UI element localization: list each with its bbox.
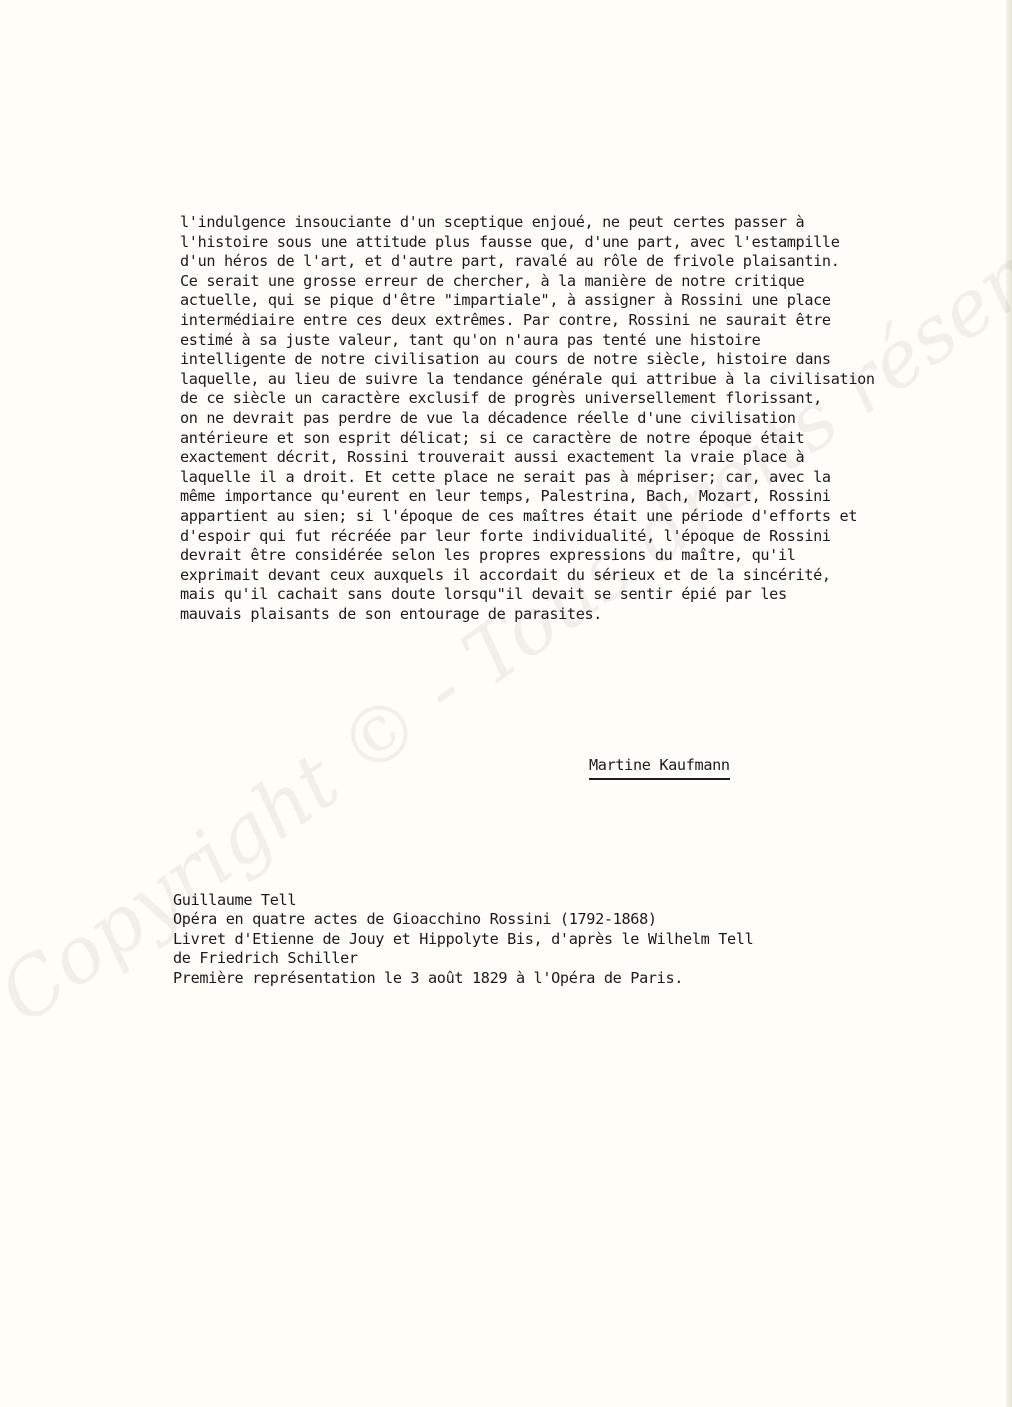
essay-body: l'indulgence insouciante d'un sceptique … xyxy=(180,213,1000,624)
body-line: estimé à sa juste valeur, tant qu'on n'a… xyxy=(180,331,1000,351)
opera-credits: Guillaume Tell Opéra en quatre actes de … xyxy=(173,891,973,988)
credits-line: de Friedrich Schiller xyxy=(173,949,973,968)
body-line: l'indulgence insouciante d'un sceptique … xyxy=(180,213,1000,233)
author-signature: Martine Kaufmann xyxy=(589,755,730,780)
body-line: laquelle, au lieu de suivre la tendance … xyxy=(180,370,1000,390)
credits-line: Livret d'Etienne de Jouy et Hippolyte Bi… xyxy=(173,930,973,949)
body-line: appartient au sien; si l'époque de ces m… xyxy=(180,507,1000,527)
body-line: on ne devrait pas perdre de vue la décad… xyxy=(180,409,1000,429)
credits-title: Guillaume Tell xyxy=(173,891,973,910)
page-edge xyxy=(1006,0,1012,1407)
body-line: Ce serait une grosse erreur de chercher,… xyxy=(180,272,1000,292)
body-line: laquelle il a droit. Et cette place ne s… xyxy=(180,468,1000,488)
body-line: d'un héros de l'art, et d'autre part, ra… xyxy=(180,252,1000,272)
credits-line: Première représentation le 3 août 1829 à… xyxy=(173,969,973,988)
body-line: intelligente de notre civilisation au co… xyxy=(180,350,1000,370)
body-line: devrait être considérée selon les propre… xyxy=(180,546,1000,566)
body-line: d'espoir qui fut récréée par leur forte … xyxy=(180,527,1000,547)
body-line: l'histoire sous une attitude plus fausse… xyxy=(180,233,1000,253)
body-line: exactement décrit, Rossini trouverait au… xyxy=(180,448,1000,468)
body-line: même importance qu'eurent en leur temps,… xyxy=(180,487,1000,507)
body-line: mais qu'il cachait sans doute lorsqu"il … xyxy=(180,585,1000,605)
body-line: exprimait devant ceux auxquels il accord… xyxy=(180,566,1000,586)
body-line: mauvais plaisants de son entourage de pa… xyxy=(180,605,1000,625)
credits-line: Opéra en quatre actes de Gioacchino Ross… xyxy=(173,910,973,929)
body-line: de ce siècle un caractère exclusif de pr… xyxy=(180,389,1000,409)
document-page: Copyright © - Tous droits réservés. l'in… xyxy=(0,0,1012,1407)
body-line: actuelle, qui se pique d'être "impartial… xyxy=(180,291,1000,311)
body-line: antérieure et son esprit délicat; si ce … xyxy=(180,429,1000,449)
body-line: intermédiaire entre ces deux extrêmes. P… xyxy=(180,311,1000,331)
